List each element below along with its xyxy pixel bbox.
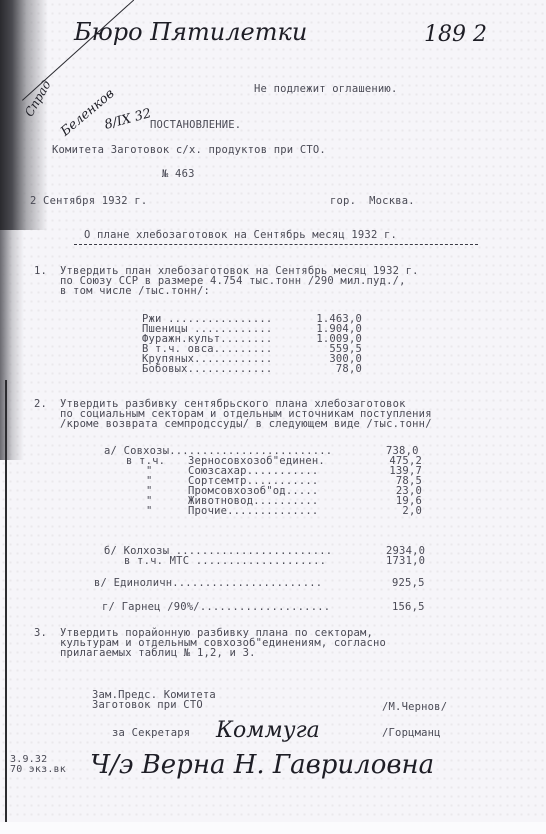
mts-label: в т.ч. МТС ....................	[124, 556, 326, 567]
mts-value: 1731,0	[386, 556, 425, 567]
section-text-line: /кроме возврата семпродссуды/ в следующе…	[60, 419, 432, 430]
document-page: Бюро Пятилетки 189 2 Спрад Беленков 8/IX…	[0, 0, 546, 822]
garnets-label: г/ Гарнец /90%/....................	[102, 602, 330, 613]
sub-value: 2,0	[402, 506, 422, 517]
secretary-label: за Секретаря	[112, 728, 190, 739]
margin-line	[5, 380, 7, 822]
deputy-title: Заготовок при СТО	[92, 700, 203, 711]
section-number: 3.	[34, 628, 47, 639]
garnets-value: 156,5	[392, 602, 425, 613]
individual-label: в/ Единоличн.......................	[94, 578, 322, 589]
deputy-name: /М.Чернов/	[382, 702, 447, 713]
sub-label: Прочие..............	[188, 506, 318, 517]
grain-item-value: 78,0	[336, 364, 362, 375]
verification-signature: Ч/э Верна Н. Гавриловна	[90, 750, 434, 780]
margin-initial: 8/IX 32	[103, 106, 153, 133]
secretary-signature: Коммуга	[216, 718, 320, 743]
issuer: Комитета Заготовок с/х. продуктов при СТ…	[52, 145, 326, 156]
section-number: 2.	[34, 399, 47, 410]
confidential-note: Не подлежит оглашению.	[254, 84, 397, 95]
footer-copies: 70 экз.вк	[10, 764, 66, 775]
individual-value: 925,5	[392, 578, 425, 589]
document-place: гор. Москва.	[330, 196, 415, 207]
scan-border	[0, 822, 546, 834]
document-date: 2 Сентября 1932 г.	[30, 196, 147, 207]
handwritten-number: 189 2	[424, 22, 487, 47]
document-subject: О плане хлебозаготовок на Сентябрь месяц…	[84, 230, 397, 241]
sub-prefix: "	[146, 506, 153, 517]
handwritten-header: Бюро Пятилетки	[74, 18, 307, 46]
document-title: ПОСТАНОВЛЕНИЕ.	[150, 120, 241, 131]
section-text-line: в том числе /тыс.тонн/:	[60, 286, 210, 297]
subject-underline	[74, 244, 478, 245]
secretary-name: /Горцманц	[382, 728, 441, 739]
grain-item-label: Бобовых.............	[142, 364, 272, 375]
document-number: № 463	[162, 169, 195, 180]
section-number: 1.	[34, 266, 47, 277]
scan-edge-shadow	[0, 230, 24, 460]
section-text-line: прилагаемых таблиц № 1,2, и 3.	[60, 648, 256, 659]
